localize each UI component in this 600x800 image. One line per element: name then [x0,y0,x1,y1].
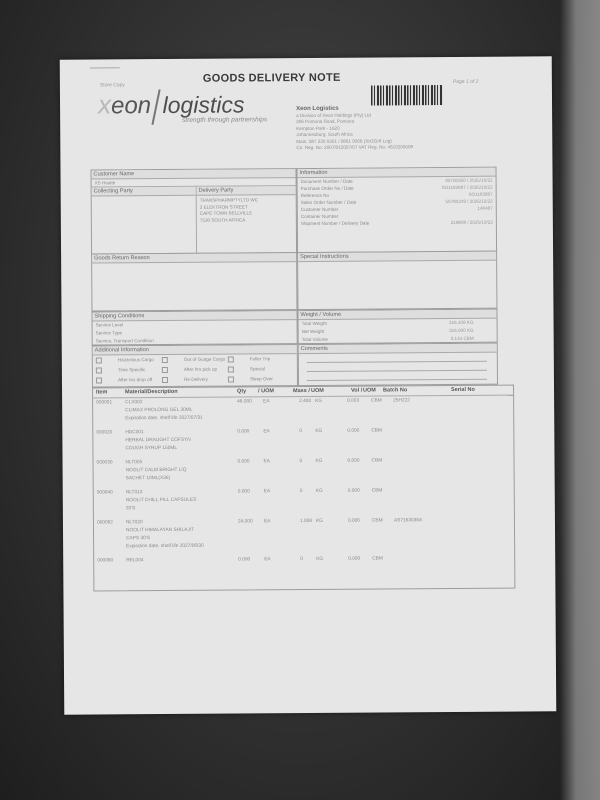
items-header-uom: UOM [363,388,376,394]
weight-volume-value: 0.134 CBM [451,335,474,343]
information-row-label: Shipment Number / Delivery Date [301,220,369,227]
store-copy-label: Store Copy [100,82,125,88]
information-rows: Document Number / Date80700350 / 2025/10… [298,177,496,227]
comments-label: Comments [299,344,497,354]
checkbox[interactable] [96,367,102,373]
item-mass: 0 [299,429,302,434]
item-uom: EA [264,557,270,562]
additional-option-label: Out of Guage Cargo [184,355,225,365]
item-mass: 0 [300,557,303,562]
background-surface [560,0,600,800]
item-qty: 0.000 [238,489,250,494]
item-material: HDC001 [125,430,143,435]
page-number: Page 1 of 2 [453,79,479,85]
goods-return-label: Goods Return Reason [92,253,296,263]
special-instructions-section: Special Instructions [297,251,497,310]
collecting-party-label: Collecting Party [92,187,196,197]
delivery-note-paper: Store Copy GOODS DELIVERY NOTE Page 1 of… [60,56,557,714]
items-table: ItemMaterial/DescriptionQty/ UOMMass /UO… [92,385,515,592]
item-vol-uom: CBM [371,428,382,433]
item-mass-uom: KG [316,489,323,494]
item-uom: EA [264,519,270,524]
table-row: 000040NLT013NOOLIT CHILL PILL CAPSULES20… [94,488,514,491]
delivery-address: TRANSPHARMPTYLTD WC3 ELEKTRON STREETCAPE… [197,195,296,226]
item-mass-uom: KG [315,429,322,434]
item-number: 000030 [97,460,113,465]
additional-option: Sleep Over [228,374,294,384]
item-vol: 0.000 [348,489,360,494]
checkbox[interactable] [162,377,168,383]
checkbox[interactable] [162,367,168,373]
item-qty: 0.000 [238,459,250,464]
item-vol-uom: CBM [372,518,383,523]
special-instructions-label: Special Instructions [298,252,496,262]
items-header-serial-no: Serial No [451,387,475,393]
item-description: CAPS 30'S [126,536,150,541]
checkbox[interactable] [96,377,102,383]
logo-eon: eon [111,92,151,119]
items-header-material-description: Material/Description [125,389,178,395]
comment-line [307,370,487,372]
additional-option-label: Hazardous Cargo [118,355,154,365]
item-vol: 0.000 [347,429,359,434]
item-material: NLT013 [126,490,143,495]
logo-tagline: strength through partnerships [182,116,267,124]
item-mass: 0 [300,489,303,494]
weight-volume-value: 316.000 KG [449,327,474,335]
additional-option: After hrs drop off [96,375,162,385]
additional-option: Out of Guage Cargo [162,355,228,365]
item-material: NLT020 [126,520,143,525]
goods-return-section: Goods Return Reason [91,252,297,311]
additional-option: Fuller Trip [228,354,294,364]
additional-option: Re-Delivery [162,375,228,385]
shipping-rows: Service LevelService TypeService, Transp… [93,320,297,345]
company-address-line: Co. Reg. No: 2007/012007/07 VAT Reg. No:… [296,144,413,151]
item-material: CLX002 [125,400,142,405]
additional-option-row: After hrs drop offRe-DeliverySleep Over [93,374,297,385]
item-description: NOOLIT HIMALAYAN SHILAJIT [126,528,194,533]
item-description: Expiration date, shelf life 2027/06/30 [126,544,204,550]
additional-option: Time Specific [96,365,162,375]
weight-volume-label: Total Weight [302,320,327,328]
item-description: HERBAL DRAUGHT COFSYN [125,438,190,443]
checkbox[interactable] [96,357,102,363]
checkbox[interactable] [228,367,234,373]
barcode-icon [371,85,443,106]
item-vol: 0.000 [348,459,360,464]
items-header-uom: UOM [311,388,324,394]
additional-information-section: Additional Information Hazardous CargoOu… [92,344,298,387]
item-description: NOOLIT CALM BRIGHT LIQ [126,468,187,473]
additional-option-label: After hrs drop off [118,375,152,385]
item-mass-uom: KG [316,459,323,464]
information-row-value: 219808 / 2025/10/22 [451,219,493,226]
item-description: COUGH SYRUP 150ML [125,446,177,451]
additional-option: Hazardous Cargo [96,355,162,365]
delivery-party: Delivery Party TRANSPHARMPTYLTD WC3 ELEK… [197,186,296,255]
additional-option-label: Sleep Over [250,374,273,384]
checkbox[interactable] [228,357,234,363]
items-header-qty: Qty [237,388,246,394]
logo-x-mark: x [98,89,111,119]
item-vol: 0.000 [348,557,360,562]
comment-line [307,379,487,381]
table-row: 000062NLT020NOOLIT HIMALAYAN SHILAJITCAP… [94,518,514,521]
item-batch: AS7163036A [394,518,422,523]
comment-line [307,361,487,363]
item-qty: 0.000 [237,429,249,434]
customer-name-text: XS Health [95,179,116,186]
table-row: 000020HDC001HERBAL DRAUGHT COFSYNCOUGH S… [93,428,513,431]
customer-section: Customer Name XS Health Collecting Party… [90,168,297,254]
comments-section: Comments [298,343,498,386]
items-header-mass-: Mass / [293,388,310,394]
additional-options: Hazardous CargoOut of Guage CargoFuller … [93,354,297,385]
item-number: 000062 [97,520,113,525]
weight-volume-label: Net Weight [302,328,325,336]
items-table-header: ItemMaterial/DescriptionQty/ UOMMass /UO… [93,386,513,399]
collecting-party: Collecting Party [92,187,197,256]
item-uom: EA [263,399,269,404]
item-qty: 48.000 [237,399,252,404]
item-description: 20'S [126,506,135,511]
item-vol-uom: CBM [372,556,383,561]
item-material: NLT005 [126,460,143,465]
weight-volume-label: Total Volume [302,336,328,344]
item-uom: EA [263,429,269,434]
delivery-address-line: 7530 SOUTH AFRICA [200,217,293,224]
item-vol-uom: CBM [372,488,383,493]
information-row: Shipment Number / Delivery Date219808 / … [298,219,496,227]
table-row: 000030NLT005NOOLIT CALM BRIGHT LIQSACHET… [94,458,514,461]
additional-option-label: Fuller Trip [250,354,270,364]
additional-option: Special [228,364,294,374]
item-number: 000040 [97,490,113,495]
information-section: Information Document Number / Date807003… [296,167,497,253]
additional-option-label: Re-Delivery [184,375,208,385]
item-mass-uom: KG [315,399,322,404]
weight-volume-rows: Total Weight316.408 KGNet Weight316.000 … [299,319,497,344]
checkbox[interactable] [228,377,234,383]
item-number: 000001 [96,400,112,405]
item-vol-uom: CBM [372,458,383,463]
logo-slash [151,89,160,125]
weight-volume-value: 316.408 KG [449,319,474,327]
item-description: CLIMAX PROLONG GEL 30ML [125,408,192,413]
item-description: SACHET 10ML(X36) [126,476,170,481]
checkbox[interactable] [162,357,168,363]
additional-option-label: Time Specific [118,365,145,375]
item-material: REL004 [126,558,143,563]
table-row: 000060REL0040.000EA0KG0.000CBM [94,556,514,559]
item-number: 000020 [96,430,112,435]
item-vol: 0.003 [347,399,359,404]
top-rule [90,67,120,68]
item-mass-uom: KG [316,519,323,524]
item-mass: 0 [300,459,303,464]
logo-logistics: logistics [162,91,244,118]
items-header-vol-: Vol / [351,388,362,394]
item-description: NOOLIT CHILL PILL CAPSULES [126,498,197,503]
item-batch: 25H222 [393,398,410,403]
shipping-conditions-section: Shipping Conditions Service LevelService… [91,310,297,345]
weight-volume-section: Weight / Volume Total Weight316.408 KGNe… [297,309,497,344]
party-columns: Collecting Party Delivery Party TRANSPHA… [92,186,296,255]
additional-option-label: Special [250,364,265,374]
item-mass-uom: KG [316,557,323,562]
item-qty: 24.000 [238,519,253,524]
item-vol-uom: CBM [371,398,382,403]
additional-option-label: After hrs pick up [184,365,217,375]
item-number: 000060 [97,558,113,563]
item-vol: 0.006 [348,519,360,524]
item-uom: EA [264,489,270,494]
additional-option: After hrs pick up [162,365,228,375]
company-address-lines: a Division of Xeon Holdings (Pty) Ltd306… [296,112,413,152]
item-mass: 1.008 [300,519,312,524]
items-header-item: Item [96,389,107,395]
items-header-batch-no: Batch No [383,387,407,393]
item-mass: 2.400 [299,399,311,404]
item-uom: EA [264,459,270,464]
company-address: Xeon Logistics a Division of Xeon Holdin… [296,105,413,151]
item-qty: 0.000 [238,557,250,562]
information-row-value: 148487 [477,205,492,212]
document-title: GOODS DELIVERY NOTE [203,72,341,85]
item-description: Expiration date, shelf life 2027/07/31 [125,416,203,422]
items-header--uom: / UOM [258,388,274,394]
